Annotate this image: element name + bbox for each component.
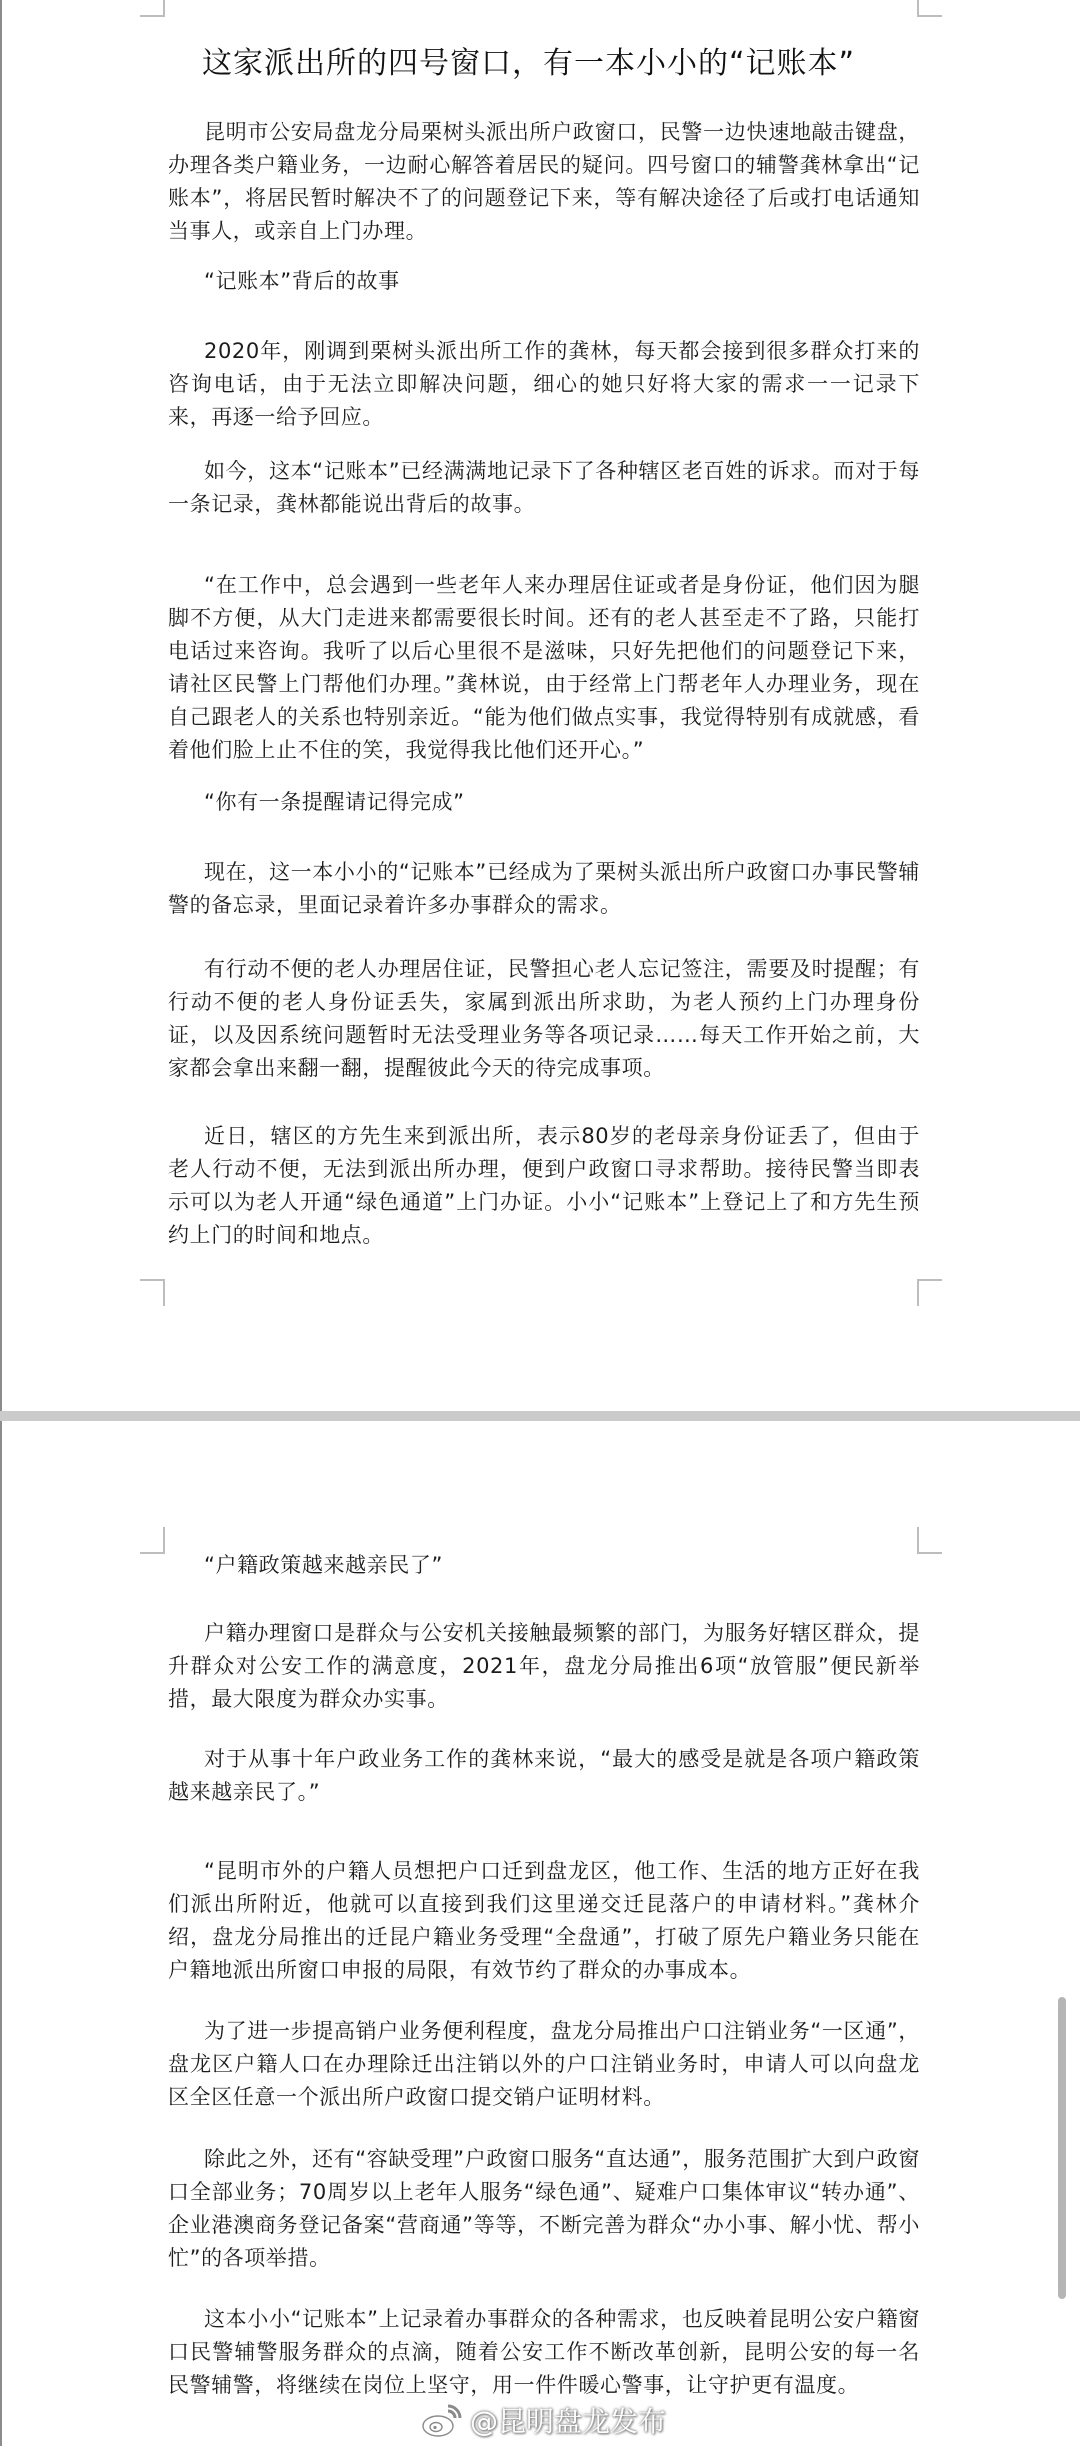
paragraph: 近日，辖区的方先生来到派出所，表示80岁的老母亲身份证丢了，但由于老人行动不便，… [168, 1120, 920, 1252]
paragraph: 有行动不便的老人办理居住证，民警担心老人忘记签注，需要及时提醒；有行动不便的老人… [168, 953, 920, 1085]
margin-corner-top-right [917, 0, 942, 17]
page-separator [0, 1411, 1080, 1421]
paragraph: 昆明市公安局盘龙分局栗树头派出所户政窗口，民警一边快速地敲击键盘，办理各类户籍业… [168, 116, 920, 248]
paragraph: 2020年，刚调到栗树头派出所工作的龚林，每天都会接到很多群众打来的咨询电话，由… [168, 335, 920, 434]
paragraph: 除此之外，还有“容缺受理”户政窗口服务“直达通”，服务范围扩大到户政窗口全部业务… [168, 2143, 920, 2275]
margin-corner-top-left [140, 1527, 165, 1554]
paragraph: 如今，这本“记账本”已经满满地记录下了各种辖区老百姓的诉求。而对于每一条记录，龚… [168, 455, 920, 521]
paragraph: “在工作中，总会遇到一些老年人来办理居住证或者是身份证，他们因为腿脚不方便，从大… [168, 569, 920, 767]
paragraph: 这本小小“记账本”上记录着办事群众的各种需求，也反映着昆明公安户籍窗口民警辅警服… [168, 2303, 920, 2402]
vertical-scrollbar-thumb[interactable] [1058, 1997, 1066, 2299]
paragraph: 现在，这一本小小的“记账本”已经成为了栗树头派出所户政窗口办事民警辅警的备忘录，… [168, 856, 920, 922]
margin-corner-top-right [917, 1527, 942, 1554]
watermark-text: @昆明盘龙发布 [470, 2400, 666, 2440]
margin-corner-bottom-right [917, 1279, 942, 1306]
paragraph: 对于从事十年户政业务工作的龚林来说，“最大的感受是就是各项户籍政策越来越亲民了。… [168, 1743, 920, 1809]
document-page-1: 这家派出所的四号窗口，有一本小小的“记账本” 昆明市公安局盘龙分局栗树头派出所户… [2, 0, 1080, 1411]
paragraph: “昆明市外的户籍人员想把户口迁到盘龙区，他工作、生活的地方正好在我们派出所附近，… [168, 1855, 920, 1987]
section-heading: “你有一条提醒请记得完成” [168, 786, 920, 819]
margin-corner-top-left [140, 0, 165, 17]
margin-corner-bottom-left [140, 1279, 165, 1306]
paragraph: 为了进一步提高销户业务便利程度，盘龙分局推出户口注销业务“一区通”，盘龙区户籍人… [168, 2015, 920, 2114]
section-heading: “记账本”背后的故事 [168, 265, 920, 298]
document-page-2: “户籍政策越来越亲民了” 户籍办理窗口是群众与公安机关接触最频繁的部门，为服务好… [2, 1421, 1080, 2446]
document-title: 这家派出所的四号窗口，有一本小小的“记账本” [202, 44, 922, 84]
section-heading: “户籍政策越来越亲民了” [168, 1549, 920, 1582]
watermark: @昆明盘龙发布 [420, 2398, 666, 2442]
weibo-icon [420, 2400, 464, 2440]
paragraph: 户籍办理窗口是群众与公安机关接触最频繁的部门，为服务好辖区群众，提升群众对公安工… [168, 1617, 920, 1716]
